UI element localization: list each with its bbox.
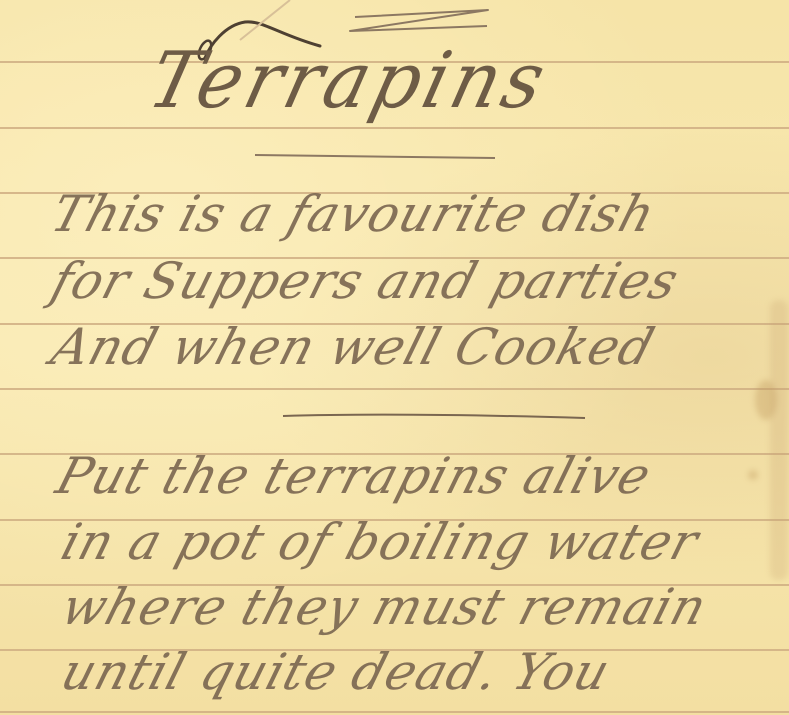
text-line: until quite dead. You: [55, 643, 617, 701]
text-line: in a pot of boiling water: [55, 513, 705, 571]
text-line: And when well Cooked: [45, 318, 661, 376]
paper-stain: [748, 470, 758, 480]
text-line: Put the terrapins alive: [50, 447, 658, 505]
paper-stain: [770, 300, 788, 580]
section-divider-icon: [0, 408, 789, 428]
text-line: for Suppers and parties: [45, 252, 686, 310]
text-line: where they must remain: [55, 578, 714, 636]
notebook-page: Terrapins This is a favourite dish for S…: [0, 0, 789, 715]
ruled-line: [0, 388, 789, 390]
page-title: Terrapins: [140, 36, 557, 126]
text-line: This is a favourite dish: [45, 185, 662, 243]
ruled-line: [0, 711, 789, 713]
